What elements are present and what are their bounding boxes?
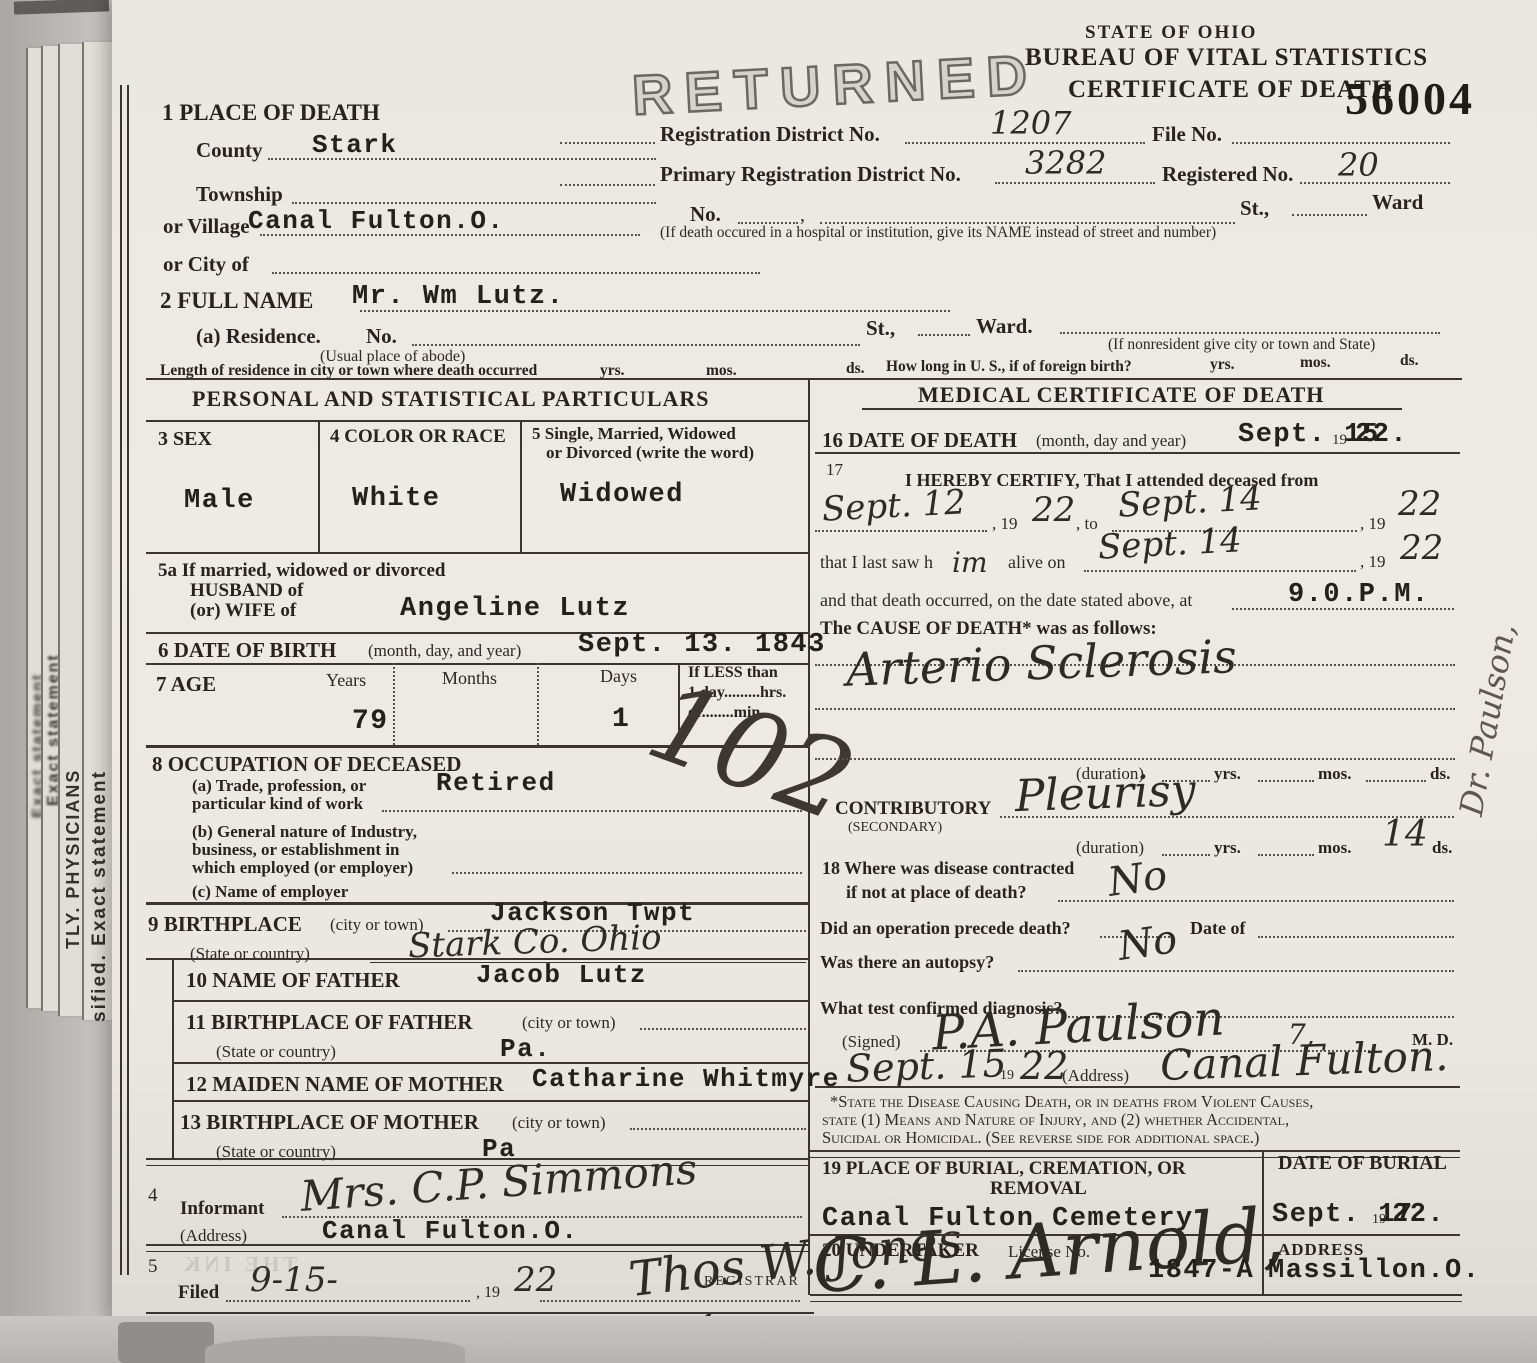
spouse-label: 5a If married, widowed or divorced bbox=[158, 560, 445, 582]
rule bbox=[537, 663, 539, 745]
rule bbox=[815, 452, 1460, 454]
header-certificate-title: CERTIFICATE OF DEATH bbox=[1068, 76, 1392, 104]
age-days-header: Days bbox=[600, 666, 637, 687]
place-of-death-section: 1 PLACE OF DEATH bbox=[162, 100, 380, 126]
county-value: Stark bbox=[312, 130, 398, 160]
occupation-a-value: Retired bbox=[436, 768, 556, 798]
informant-item-number: 4 bbox=[148, 1185, 158, 1207]
residence-ward-label: Ward. bbox=[976, 314, 1033, 339]
spine-text: TLY. PHYSICIANS bbox=[63, 769, 84, 949]
nonresident-note: (If nonresident give city or town and St… bbox=[1108, 336, 1375, 354]
father-name-label: 10 NAME OF FATHER bbox=[186, 968, 400, 993]
age-label: 7 AGE bbox=[156, 672, 216, 697]
disease-contracted-label-1: 18 Where was disease contracted bbox=[822, 858, 1074, 879]
full-name-value: Mr. Wm Lutz. bbox=[352, 282, 564, 312]
bleed-through-text: THE INK bbox=[180, 1252, 297, 1277]
registered-no-value: 20 bbox=[1338, 146, 1379, 184]
age-months-header: Months bbox=[442, 668, 497, 689]
rule bbox=[640, 1028, 806, 1030]
mother-birthplace-label: 13 BIRTHPLACE OF MOTHER bbox=[180, 1110, 479, 1135]
age-years-header: Years bbox=[326, 670, 366, 691]
footnote-line-2: state (1) Means and Nature of Injury, an… bbox=[822, 1110, 1289, 1130]
date-of-death-year: 22. bbox=[1355, 420, 1408, 450]
rule bbox=[815, 530, 987, 532]
filed-label: Filed bbox=[178, 1282, 219, 1304]
personal-title: PERSONAL AND STATISTICAL PARTICULARS bbox=[192, 386, 710, 412]
marital-value: Widowed bbox=[560, 480, 684, 510]
reg-district-value: 1207 bbox=[990, 104, 1071, 142]
registered-no-label: Registered No. bbox=[1162, 162, 1293, 187]
rule bbox=[815, 708, 1455, 710]
color-race-value: White bbox=[352, 484, 441, 514]
header-state: STATE OF OHIO bbox=[1085, 22, 1257, 44]
contributory-label: CONTRIBUTORY bbox=[835, 798, 991, 820]
from-printed-19: , 19 bbox=[992, 514, 1018, 534]
city-label: or City of bbox=[163, 252, 249, 277]
rule bbox=[172, 1000, 810, 1002]
page-edge-strip: TLY. PHYSICIANS bbox=[58, 44, 83, 1016]
rule bbox=[995, 182, 1155, 184]
rule bbox=[292, 202, 656, 204]
rule bbox=[918, 334, 970, 336]
rule bbox=[1258, 936, 1454, 938]
occupation-a-label-1: (a) Trade, profession, or bbox=[192, 776, 366, 796]
header-bureau: BUREAU OF VITAL STATISTICS bbox=[1025, 44, 1428, 72]
last-saw-label: that I last saw h bbox=[820, 552, 933, 573]
rule bbox=[120, 85, 122, 1275]
autopsy-label: Was there an autopsy? bbox=[820, 952, 994, 973]
county-label: County bbox=[196, 138, 263, 163]
signed-address-value: Canal Fulton. bbox=[1159, 1031, 1449, 1090]
duration2-mos: mos. bbox=[1318, 838, 1352, 858]
mos2-label: mos. bbox=[1300, 354, 1331, 372]
rule bbox=[810, 1294, 1462, 1302]
burial-label-1: 19 PLACE OF BURIAL, CREMATION, OR bbox=[822, 1158, 1186, 1180]
to-printed-19: , 19 bbox=[1360, 514, 1386, 534]
death-occurred-label: and that death occurred, on the date sta… bbox=[820, 590, 1192, 611]
signed-address-label: (Address) bbox=[1062, 1066, 1129, 1086]
father-birthplace-state-value: Pa. bbox=[500, 1034, 551, 1064]
filed-printed-19: , 19 bbox=[476, 1284, 500, 1302]
rule bbox=[272, 272, 760, 274]
us-length-label: How long in U. S., if of foreign birth? bbox=[886, 358, 1132, 376]
rule bbox=[1162, 854, 1210, 856]
duration2-label: (duration) bbox=[1076, 838, 1144, 858]
scanned-death-certificate: Exact statement Exact statement TLY. PHY… bbox=[0, 0, 1537, 1363]
contributory-value: Pleurisy bbox=[1014, 765, 1196, 822]
rule bbox=[226, 1300, 470, 1302]
sex-value: Male bbox=[184, 486, 255, 516]
occupation-b-label-3: which employed (or employer) bbox=[192, 858, 413, 878]
spouse-value: Angeline Lutz bbox=[400, 594, 630, 624]
occupation-label: 8 OCCUPATION OF DECEASED bbox=[152, 752, 461, 777]
spouse-husband-label: HUSBAND of bbox=[190, 580, 303, 602]
signed-printed-19: 19 bbox=[1000, 1068, 1014, 1084]
last-saw-him: im bbox=[952, 546, 988, 579]
rule bbox=[1292, 214, 1367, 216]
township-label: Township bbox=[196, 182, 283, 207]
scan-artifact bbox=[205, 1336, 465, 1363]
signed-date-value: Sept. 15 bbox=[845, 1041, 1007, 1091]
age-years-value: 79 bbox=[352, 706, 389, 737]
alive-on-label: alive on bbox=[1008, 552, 1065, 573]
rule bbox=[360, 310, 950, 312]
burial-date-label: DATE OF BURIAL bbox=[1278, 1152, 1447, 1175]
to-year-value: 22 bbox=[1398, 484, 1441, 524]
filed-item-number: 5 bbox=[148, 1256, 158, 1278]
ds2-label: ds. bbox=[1400, 352, 1419, 370]
duration-ds: ds. bbox=[1430, 764, 1450, 784]
rule bbox=[318, 420, 320, 552]
rule bbox=[1232, 608, 1454, 610]
saw-printed-19: , 19 bbox=[1360, 552, 1386, 572]
date-of-death-label: 16 DATE OF DEATH bbox=[822, 428, 1017, 453]
ward-label: Ward bbox=[1372, 190, 1423, 215]
st-label: St., bbox=[1240, 196, 1269, 221]
undertaker-address-value: Massillon.O. bbox=[1268, 1256, 1480, 1286]
yrs2-label: yrs. bbox=[1210, 356, 1235, 374]
rule bbox=[815, 758, 1455, 760]
operation-value: No bbox=[1115, 916, 1180, 970]
spouse-wife-label: (or) WIFE of bbox=[190, 600, 296, 622]
rule bbox=[172, 1100, 810, 1102]
rule bbox=[1232, 142, 1450, 144]
rule bbox=[146, 378, 1462, 380]
page-edge-strip: Exact statement bbox=[26, 48, 42, 1008]
duration2-mos-value: 14 bbox=[1382, 814, 1428, 855]
primary-reg-value: 3282 bbox=[1025, 144, 1106, 182]
rule bbox=[862, 408, 1402, 410]
occupation-c-label: (c) Name of employer bbox=[192, 882, 348, 902]
father-birthplace-state-label: (State or country) bbox=[216, 1042, 336, 1062]
informant-address-value: Canal Fulton.O. bbox=[322, 1216, 579, 1246]
contributory-sub: (SECONDARY) bbox=[848, 820, 942, 836]
file-no-label: File No. bbox=[1152, 122, 1222, 147]
village-value: Canal Fulton.O. bbox=[248, 206, 505, 236]
duration-yrs: yrs. bbox=[1214, 764, 1241, 784]
registrar-label: REGISTRAR bbox=[704, 1274, 800, 1290]
rule bbox=[520, 420, 522, 552]
age-days-value: 1 bbox=[612, 704, 630, 735]
last-saw-value: Sept. 14 bbox=[1097, 520, 1243, 567]
death-time-value: 9.0.P.M. bbox=[1288, 580, 1430, 610]
dob-value: Sept. 13. 1843 bbox=[578, 630, 826, 660]
item-17-number: 17 bbox=[826, 460, 843, 480]
rule bbox=[1018, 970, 1454, 972]
ds-label: ds. bbox=[846, 360, 865, 378]
date-of-label: Date of bbox=[1190, 918, 1245, 939]
page-edge-strip: sified. Exact statement bbox=[82, 42, 115, 1020]
footnote-line-3: Suicidal or Homicidal. (See reverse side… bbox=[822, 1128, 1259, 1148]
rule bbox=[1258, 780, 1314, 782]
rule bbox=[146, 420, 810, 422]
marital-label-2: or Divorced (write the word) bbox=[546, 443, 754, 463]
occupation-b-label-2: business, or establishment in bbox=[192, 840, 400, 860]
mother-name-value: Catharine Whitmyre bbox=[532, 1064, 840, 1094]
attended-to-value: Sept. 14 bbox=[1117, 478, 1263, 525]
hospital-note: (If death occured in a hospital or insti… bbox=[660, 224, 1216, 242]
informant-address-label: (Address) bbox=[180, 1226, 247, 1246]
burial-label-2: REMOVAL bbox=[990, 1178, 1087, 1200]
mother-name-label: 12 MAIDEN NAME OF MOTHER bbox=[186, 1072, 504, 1097]
residence-no-label: No. bbox=[366, 324, 397, 349]
footnote-line-1: *State the Disease Causing Death, or in … bbox=[830, 1092, 1313, 1112]
certificate-number-stamp: 56004 bbox=[1345, 72, 1475, 125]
rule bbox=[1366, 780, 1426, 782]
mother-birthplace-sub: (city or town) bbox=[512, 1113, 605, 1133]
from-year-value: 22 bbox=[1032, 490, 1075, 530]
marital-label-1: 5 Single, Married, Widowed bbox=[532, 424, 736, 444]
rule bbox=[630, 1128, 806, 1130]
undertaker-license-value: 1847-A bbox=[1148, 1256, 1254, 1286]
rule bbox=[560, 142, 655, 144]
rule bbox=[452, 872, 802, 874]
rule bbox=[815, 1086, 1460, 1088]
dob-label: 6 DATE OF BIRTH bbox=[158, 638, 336, 663]
medical-title: MEDICAL CERTIFICATE OF DEATH bbox=[918, 382, 1324, 408]
scan-artifact bbox=[118, 1322, 214, 1363]
father-birthplace-sub: (city or town) bbox=[522, 1013, 615, 1033]
occupation-a-label-2: particular kind of work bbox=[192, 794, 363, 814]
primary-reg-label: Primary Registration District No. bbox=[660, 162, 961, 187]
operation-label: Did an operation precede death? bbox=[820, 918, 1071, 939]
color-race-label: 4 COLOR OR RACE bbox=[330, 426, 506, 448]
attended-from-value: Sept. 12 bbox=[821, 482, 967, 529]
disease-contracted-label-2: if not at place of death? bbox=[846, 882, 1026, 903]
rule bbox=[146, 552, 810, 554]
occupation-b-label-1: (b) General nature of Industry, bbox=[192, 822, 417, 842]
father-birthplace-label: 11 BIRTHPLACE OF FATHER bbox=[186, 1010, 472, 1035]
filed-year-value: 22 bbox=[514, 1260, 557, 1300]
rule bbox=[1258, 854, 1314, 856]
scan-edge-shadow bbox=[14, 0, 109, 15]
rule bbox=[1060, 332, 1440, 334]
full-name-label: 2 FULL NAME bbox=[160, 288, 313, 314]
birthplace-state-label: (State or country) bbox=[190, 944, 310, 964]
to-label: , to bbox=[1076, 514, 1098, 534]
rule bbox=[412, 344, 860, 346]
rule bbox=[560, 184, 655, 186]
duration-mos: mos. bbox=[1318, 764, 1352, 784]
disease-contracted-value: No bbox=[1105, 852, 1170, 906]
residence-st-label: St., bbox=[866, 316, 895, 341]
duration2-yrs: yrs. bbox=[1214, 838, 1241, 858]
rule bbox=[393, 663, 395, 745]
saw-year-value: 22 bbox=[1400, 528, 1443, 568]
father-name-value: Jacob Lutz bbox=[476, 960, 647, 990]
rule bbox=[172, 958, 174, 1158]
birthplace-label: 9 BIRTHPLACE bbox=[148, 912, 302, 937]
date-of-death-sub: (month, day and year) bbox=[1036, 431, 1186, 451]
burial-date-printed-19: 19 bbox=[1372, 1212, 1386, 1228]
sex-label: 3 SEX bbox=[158, 428, 212, 451]
page-edge-strip: Exact statement bbox=[41, 46, 59, 1011]
spine-text: sified. Exact statement bbox=[89, 770, 111, 1022]
rule bbox=[146, 902, 810, 905]
burial-date-year: 22. bbox=[1392, 1200, 1445, 1230]
village-label: or Village bbox=[163, 214, 250, 239]
informant-label: Informant bbox=[180, 1198, 264, 1220]
rule bbox=[127, 85, 129, 1275]
date-of-death-printed-19: 19 bbox=[1332, 432, 1347, 449]
residence-label: (a) Residence. bbox=[196, 324, 321, 349]
reg-district-label: Registration District No. bbox=[660, 122, 880, 147]
rule bbox=[1084, 570, 1356, 572]
duration2-ds: ds. bbox=[1432, 838, 1452, 858]
dob-sub-label: (month, day, and year) bbox=[368, 641, 521, 661]
